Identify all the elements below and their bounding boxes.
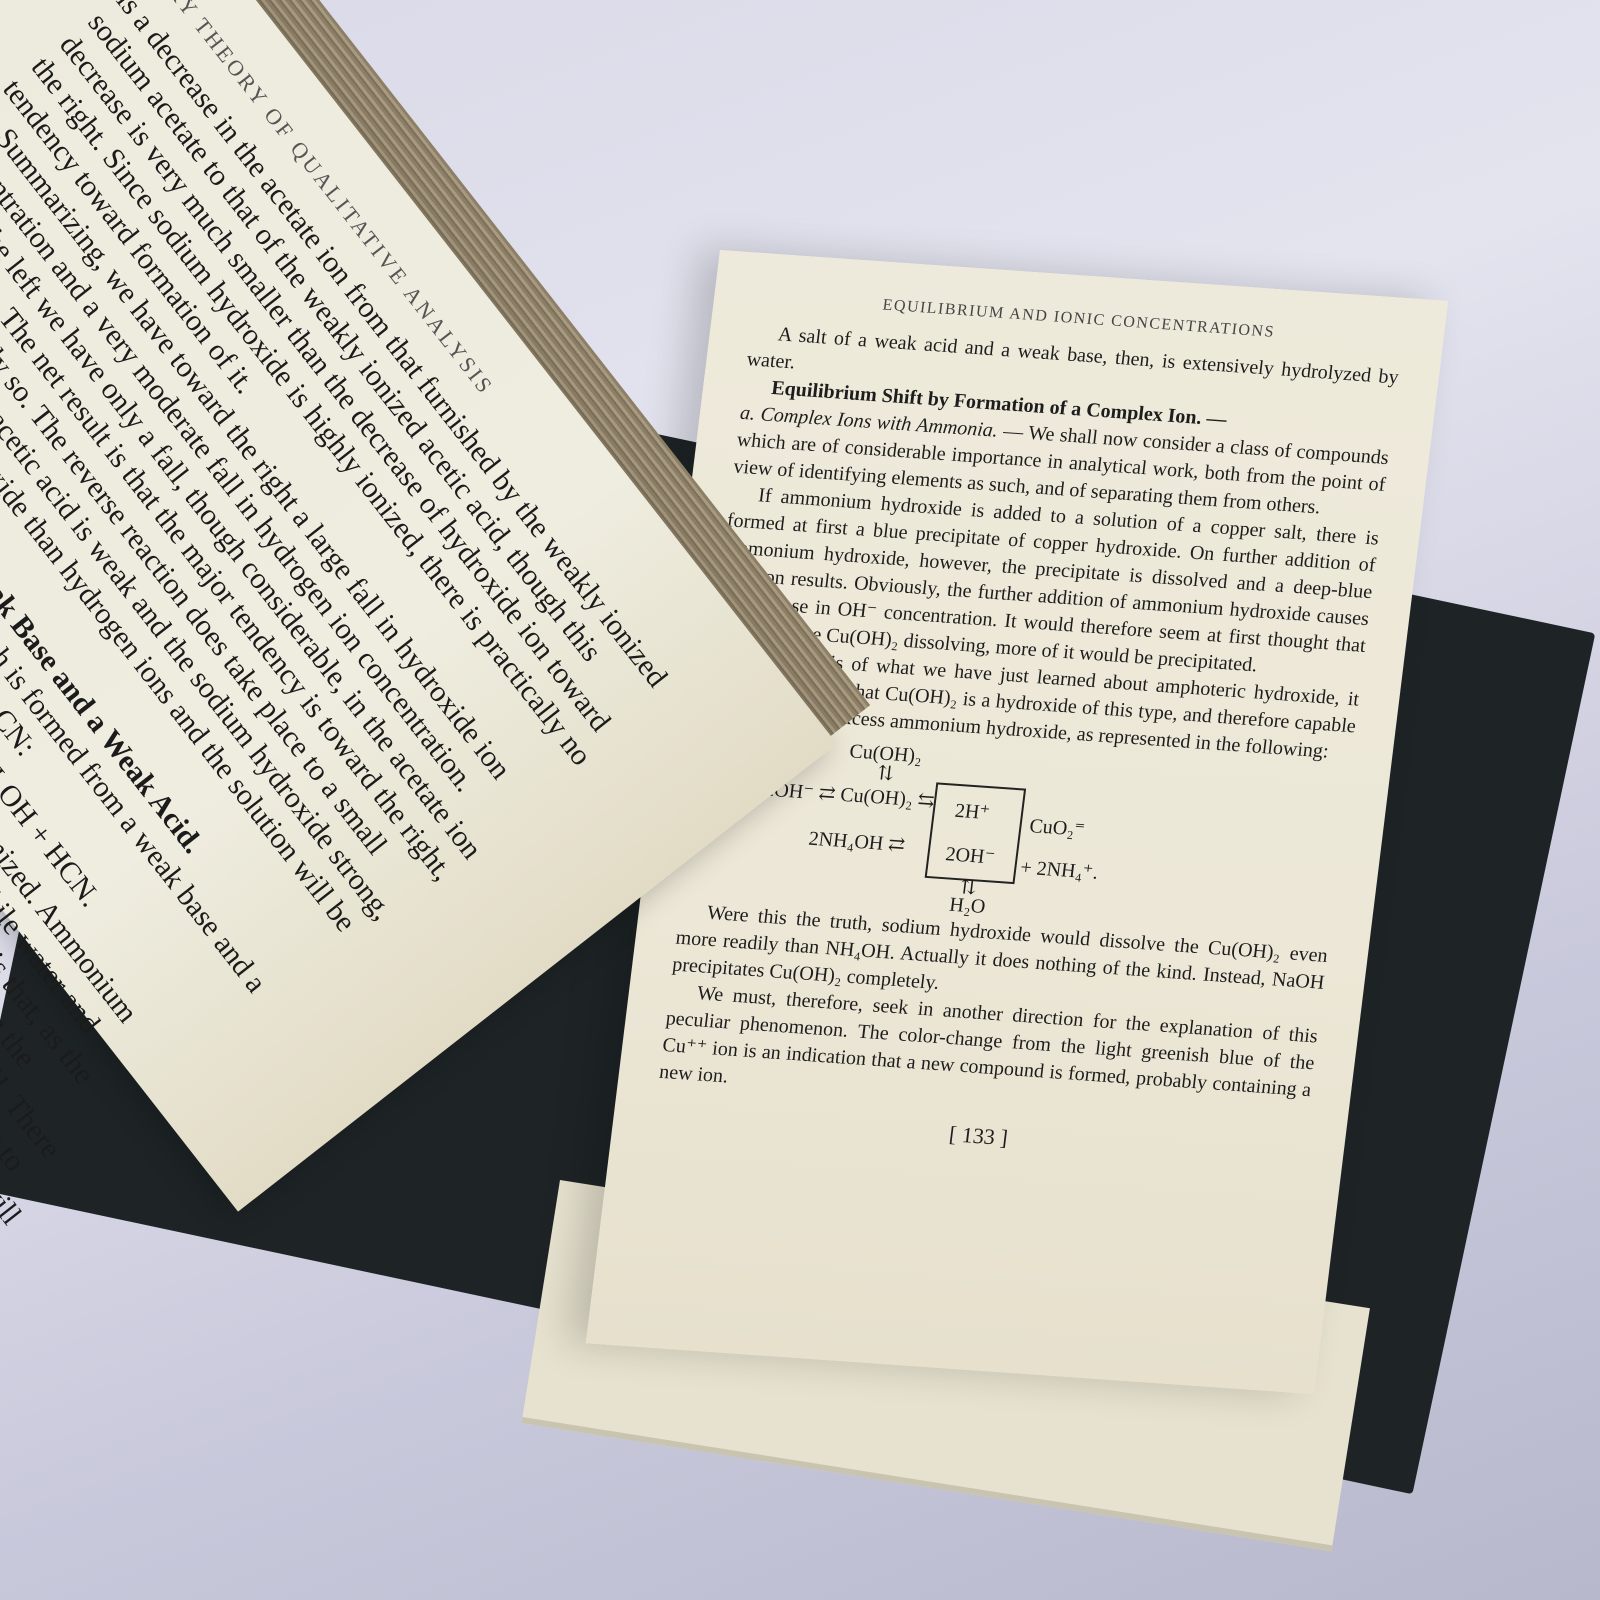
book-photo: EQUILIBRIUM AND IONIC CONCENTRATIONS A s… <box>0 0 1600 1600</box>
scheme-bottom: H₂O <box>948 892 987 921</box>
scheme-row2: 2NH₄OH ⇄ <box>807 826 907 860</box>
box-bottom: 2OH⁻ <box>944 841 997 871</box>
scheme-right-bottom: + 2NH₄⁺. <box>1019 855 1100 887</box>
scheme-row1: 2OH⁻ ⇄ Cu(OH)₂ ⇆ <box>763 776 936 815</box>
box-top: 2H⁺ <box>953 798 991 827</box>
scheme-right-top: CuO₂⁼ <box>1028 813 1086 844</box>
